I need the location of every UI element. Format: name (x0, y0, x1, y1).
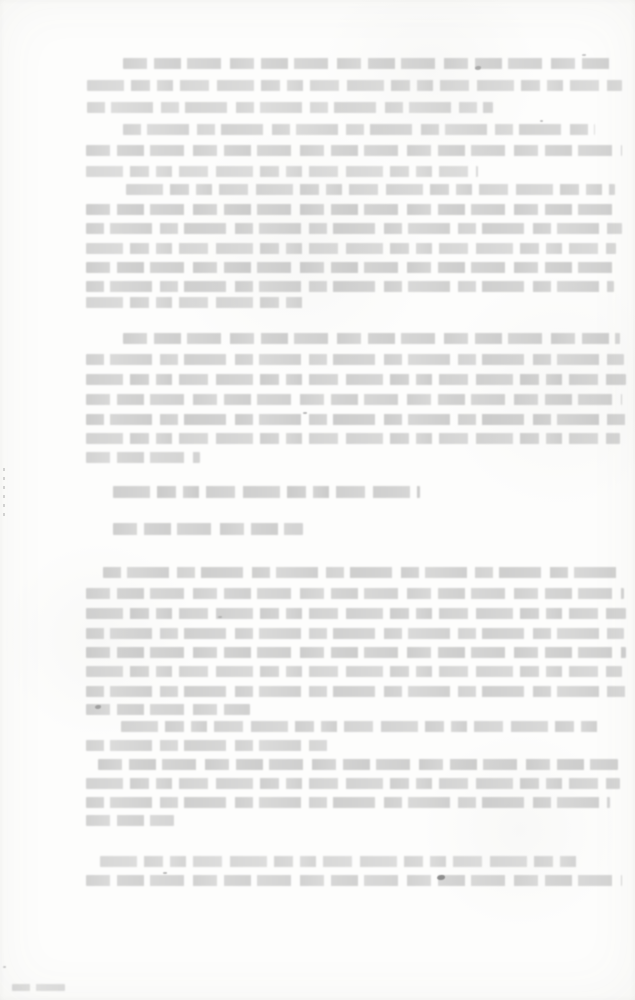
scan-shading-blob-4 (170, 120, 430, 380)
ink-speck-1 (475, 66, 481, 70)
ink-speck-3 (540, 120, 543, 122)
paragraph-5-line-4 (86, 628, 624, 639)
paragraph-5-line-1 (103, 567, 624, 578)
paragraph-3-line-3 (86, 223, 622, 234)
paragraph-3-line-5 (86, 262, 620, 273)
paragraph-4 (0, 0, 635, 1000)
paragraph-3 (0, 0, 635, 1000)
paragraph-3-line-7 (86, 297, 303, 308)
left-edge-scan-artifact-1 (3, 468, 5, 518)
ink-speck-8 (437, 875, 445, 880)
footer-mark-line-1 (12, 984, 65, 991)
paragraph-4-line-1 (123, 333, 620, 344)
paragraph-5-line-2 (86, 588, 624, 599)
paragraph-6-line-1 (121, 721, 602, 732)
paragraph-3-line-1 (126, 184, 615, 195)
paragraph-3-line-6 (86, 281, 614, 292)
paragraph-7 (0, 0, 635, 1000)
paragraph-4-line-7 (86, 452, 200, 463)
paragraph-5-line-6 (86, 666, 622, 677)
heading-1-line-1 (113, 486, 420, 498)
heading-2-line-1 (113, 523, 303, 535)
paragraph-4-line-2 (86, 354, 624, 365)
paragraph-4-line-3 (86, 374, 626, 385)
paragraph-4-line-6 (86, 433, 620, 444)
paragraph-3-line-4 (86, 243, 616, 254)
paragraph-5-line-8 (86, 704, 250, 715)
paragraph-6 (0, 0, 635, 1000)
paragraph-8 (0, 0, 635, 1000)
paragraph-5 (0, 0, 635, 1000)
scan-shading-blob-5 (420, 730, 620, 930)
paragraph-2-line-1 (123, 124, 595, 135)
scan-shading-blob-2 (440, 270, 635, 510)
ink-speck-9 (3, 966, 6, 968)
ink-speck-6 (95, 705, 101, 709)
paragraph-1-line-3 (87, 102, 493, 113)
paragraph-8-line-1 (100, 856, 580, 867)
footer-mark (0, 0, 635, 1000)
paragraph-7-line-3 (86, 797, 610, 808)
paragraph-7-line-1 (98, 759, 618, 770)
paragraph-5-line-7 (86, 686, 626, 697)
ink-speck-7 (163, 872, 167, 874)
paragraph-1-line-2 (87, 80, 622, 91)
paragraph-4-line-4 (86, 394, 622, 405)
paragraph-2-line-2 (86, 145, 622, 156)
scan-shading-blob-3 (0, 540, 200, 740)
paragraph-6-line-2 (86, 740, 328, 751)
paragraph-7-line-4 (86, 815, 174, 826)
ink-speck-4 (303, 412, 307, 414)
paragraph-5-line-3 (86, 608, 626, 619)
scanned-document-page (0, 0, 635, 1000)
scan-shading-blob-1 (320, 0, 540, 180)
paragraph-1 (0, 0, 635, 1000)
heading-2 (0, 0, 635, 1000)
paragraph-3-line-2 (86, 204, 618, 215)
paragraph-5-line-5 (86, 647, 626, 658)
paragraph-8-line-2 (86, 875, 622, 886)
ink-speck-5 (218, 616, 222, 618)
paragraph-1-line-1 (123, 58, 610, 69)
paragraph-2-line-3 (86, 166, 478, 177)
paragraph-4-line-5 (86, 414, 626, 425)
heading-1 (0, 0, 635, 1000)
paragraph-2 (0, 0, 635, 1000)
paragraph-7-line-2 (86, 778, 620, 789)
ink-speck-2 (582, 54, 586, 56)
